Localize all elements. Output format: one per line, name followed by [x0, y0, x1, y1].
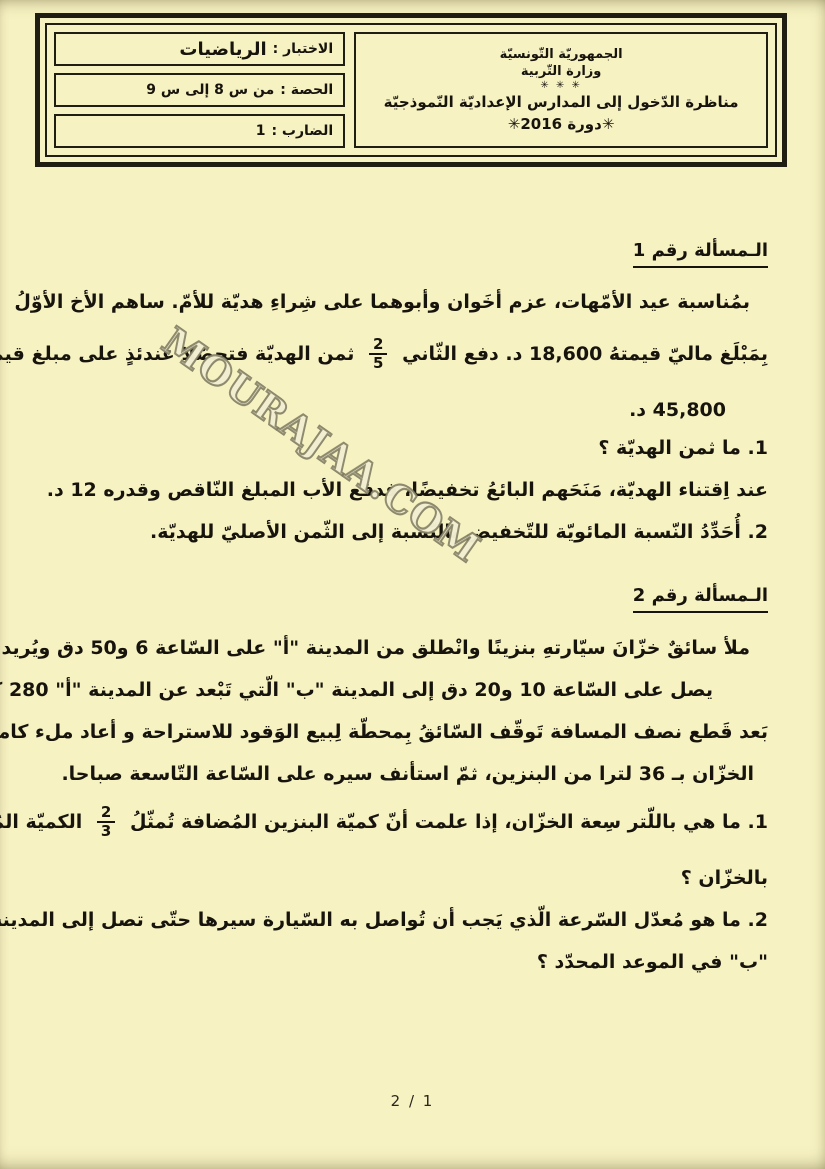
time-slot-label: الحصة :	[280, 82, 333, 98]
exam-title: مناظرة الدّخول إلى المدارس الإعداديّة ال…	[384, 93, 739, 111]
problem2-question1: 1. ما هي باللّتر سِعة الخزّان، إذا علمت …	[50, 804, 768, 841]
subject-label: الاختبار :	[273, 41, 334, 57]
exam-header-inner: الجمهوريّة التّونسيّة وزارة التّربية ✳ ✳…	[45, 23, 777, 157]
problem2-question2-line1: 2. ما هو مُعدّل السّرعة الّذي يَجب أن تُ…	[50, 908, 768, 933]
ministry-line: وزارة التّربية	[521, 64, 602, 80]
fraction-numerator: 2	[369, 336, 387, 355]
problem1-intro-line1: بمُناسبة عيد الأمّهات، عزم أخَوان وأبوهم…	[50, 290, 768, 315]
problem1-intro-line2-post: ثمن الهديّة فتحصّلا عندئذٍ على مبلغ قيمت…	[0, 343, 354, 365]
fraction-denominator: 3	[97, 823, 115, 840]
problem2-title: الـمسألة رقم 2	[633, 584, 768, 613]
problem2-question2-line2: "ب" في الموعد المحدّد ؟	[50, 950, 768, 975]
problem2-question1-continuation: بالخزّان ؟	[50, 866, 768, 891]
session-line: ✳دورة 2016✳	[508, 115, 615, 133]
problem1-question1: 1. ما ثمن الهديّة ؟	[50, 436, 768, 461]
coefficient-box: الضارب : 1	[54, 114, 345, 148]
problem1-intro-line2-pre: بِمَبْلَغ ماليّ قيمتهُ 18,600 د. دفع الث…	[402, 343, 768, 365]
coefficient-value: 1	[256, 123, 266, 139]
subject-value: الرياضيات	[179, 39, 266, 60]
fraction-two-fifths: 2 5	[369, 336, 387, 373]
time-slot-value: من س 8 إلى س 9	[146, 82, 274, 98]
problem2-intro-line1: ملأ سائقٌ خزّانَ سيّارتهِ بنزينًا وانْطل…	[50, 636, 768, 661]
republic-line: الجمهوريّة التّونسيّة	[500, 47, 623, 63]
problem1-title: الـمسألة رقم 1	[633, 239, 768, 268]
exam-info-column: الاختبار : الرياضيات الحصة : من س 8 إلى …	[54, 32, 345, 148]
exam-header-frame: الجمهوريّة التّونسيّة وزارة التّربية ✳ ✳…	[35, 13, 787, 167]
fraction-two-thirds: 2 3	[97, 804, 115, 841]
problem2-title-row: الـمسألة رقم 2	[50, 583, 768, 613]
problem2-intro-line2: يصل على السّاعة 10 و20 دق إلى المدينة "ب…	[50, 678, 768, 703]
problem1-note: عند اِقتناء الهديّة، مَنَحَهم البائعُ تخ…	[50, 478, 768, 503]
exam-scan-page: { "page": { "background": "#f7f2c2", "te…	[0, 0, 825, 1169]
problem2-question1-pre: 1. ما هي باللّتر سِعة الخزّان، إذا علمت …	[130, 811, 768, 833]
problem2-intro-line3: بَعد قَطع نصف المسافة تَوقّف السّائقُ بِ…	[50, 720, 768, 745]
problem1-intro-line2: بِمَبْلَغ ماليّ قيمتهُ 18,600 د. دفع الث…	[50, 336, 768, 373]
fraction-numerator: 2	[97, 804, 115, 823]
time-slot-box: الحصة : من س 8 إلى س 9	[54, 73, 345, 107]
coefficient-label: الضارب :	[271, 123, 333, 139]
problem2-intro-line4: الخزّان بـ 36 لترا من البنزين، ثمّ استأن…	[50, 762, 768, 787]
problem1-intro-line3: 45,800 د.	[50, 398, 768, 423]
page-number: 2 / 1	[0, 1092, 825, 1110]
problem1-question2: 2. أُحَدِّدُ النّسبة المائويّة للتّخفيض …	[50, 520, 768, 545]
problem2-question1-post: الكميّة المُتبقيّة	[0, 811, 82, 833]
problem1-title-row: الـمسألة رقم 1	[50, 238, 768, 268]
subject-box: الاختبار : الرياضيات	[54, 32, 345, 66]
ministry-block: الجمهوريّة التّونسيّة وزارة التّربية ✳ ✳…	[354, 32, 768, 148]
fraction-denominator: 5	[369, 355, 387, 372]
stars-ornament: ✳ ✳ ✳	[540, 81, 582, 91]
